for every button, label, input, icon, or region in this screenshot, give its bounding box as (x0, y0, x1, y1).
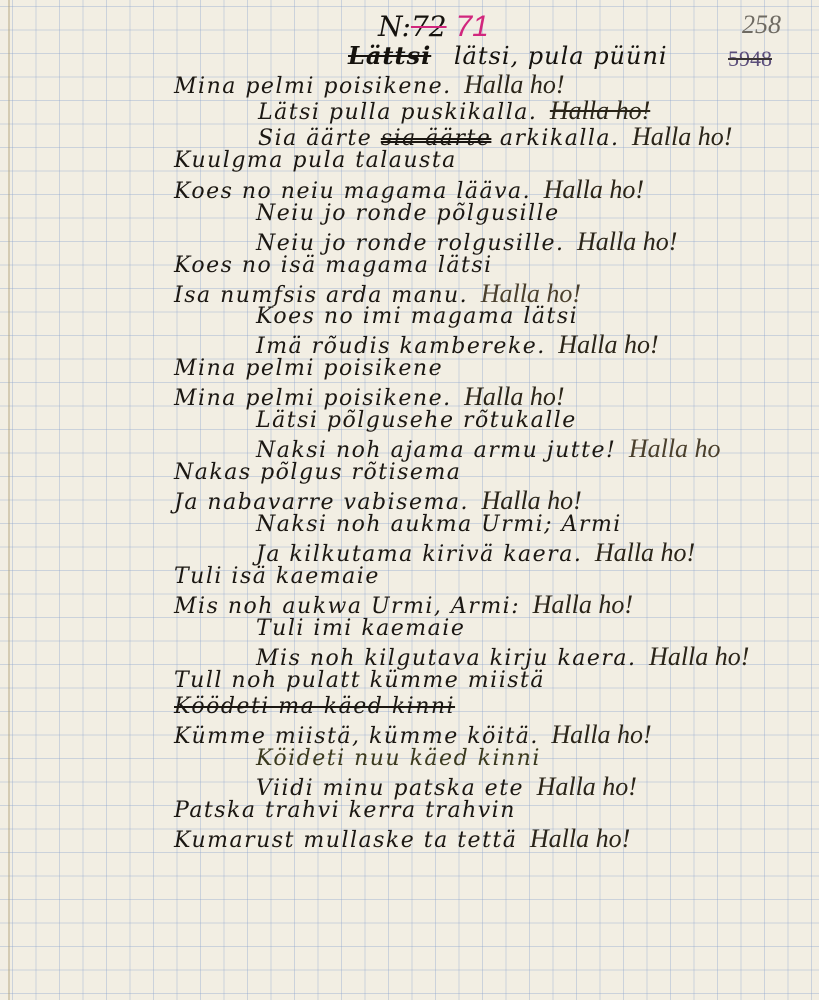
notebook-page: 258 5948 N:72 71 Lättsi lätsi, pula püün… (0, 0, 819, 1000)
number-new: 71 (455, 10, 488, 43)
archive-old-number: 5948 (728, 46, 772, 72)
verse-line: Sia äärte sia äärte arkikalla. Halla ho! (258, 124, 732, 150)
song-number-heading: N:72 71 (378, 12, 489, 42)
title-struck: Lättsi (348, 41, 431, 70)
song-title: Lättsi lätsi, pula püüni (348, 44, 668, 68)
verse-line: Koes no neiu magama lääva. Halla ho! (174, 177, 644, 203)
verse-line: Mina pelmi poisikene (174, 358, 443, 380)
verse-line: Lätsi pulla puskikalla. Halla ho! (258, 98, 650, 124)
verse-line: Naksi noh aukma Urmi; Armi (256, 514, 622, 536)
verse-line: Patska trahvi kerra trahvin (174, 800, 516, 822)
verse-line: Imä rõudis kambereke. Halla ho! (256, 332, 659, 358)
verse-line: Ja nabavarre vabisema. Halla ho! (174, 488, 582, 514)
verse-line: Koes no imi magama lätsi (256, 306, 578, 328)
verse-line: Neiu jo ronde põlgusille (256, 203, 560, 225)
verse-line: Tuli isä kaemaie (174, 566, 380, 588)
verse-line: Kuulgma pula talausta (174, 150, 457, 172)
archive-page-number: 258 (742, 10, 781, 40)
verse-line: Nakas põlgus rõtisema (174, 462, 461, 484)
verse-line: Lätsi põlgusehe rõtukalle (256, 410, 577, 432)
verse-line-struck: Köödeti ma käed kinni (174, 696, 455, 718)
title-text: lätsi, pula püüni (454, 42, 668, 70)
verse-line: Köideti nuu käed kinni (256, 748, 541, 770)
verse-line: Mis noh aukwa Urmi, Armi: Halla ho! (174, 592, 633, 618)
verse-line: Viidi minu patska ete Halla ho! (256, 774, 637, 800)
verse-line: Mina pelmi poisikene. Halla ho! (174, 72, 564, 98)
verse-line: Tuli imi kaemaie (256, 618, 465, 640)
verse-line: Ja kilkutama kirivä kaera. Halla ho! (256, 540, 695, 566)
margin-line (8, 0, 10, 1000)
number-label: N: (378, 10, 411, 43)
verse-line: Naksi noh ajama armu jutte! Halla ho (256, 436, 721, 462)
verse-line: Kümme miistä, kümme köitä. Halla ho! (174, 722, 652, 748)
verse-line: Mina pelmi poisikene. Halla ho! (174, 384, 564, 410)
verse-line: Tull noh pulatt kümme miistä (174, 670, 545, 692)
verse-line: Mis noh kilgutava kirju kaera. Halla ho! (256, 644, 749, 670)
verse-line: Koes no isä magama lätsi (174, 255, 493, 277)
verse-line: Kumarust mullaske ta tettä Halla ho! (174, 826, 630, 852)
verse-line: Neiu jo ronde rolgusille. Halla ho! (256, 229, 677, 255)
number-old: 72 (411, 10, 447, 43)
